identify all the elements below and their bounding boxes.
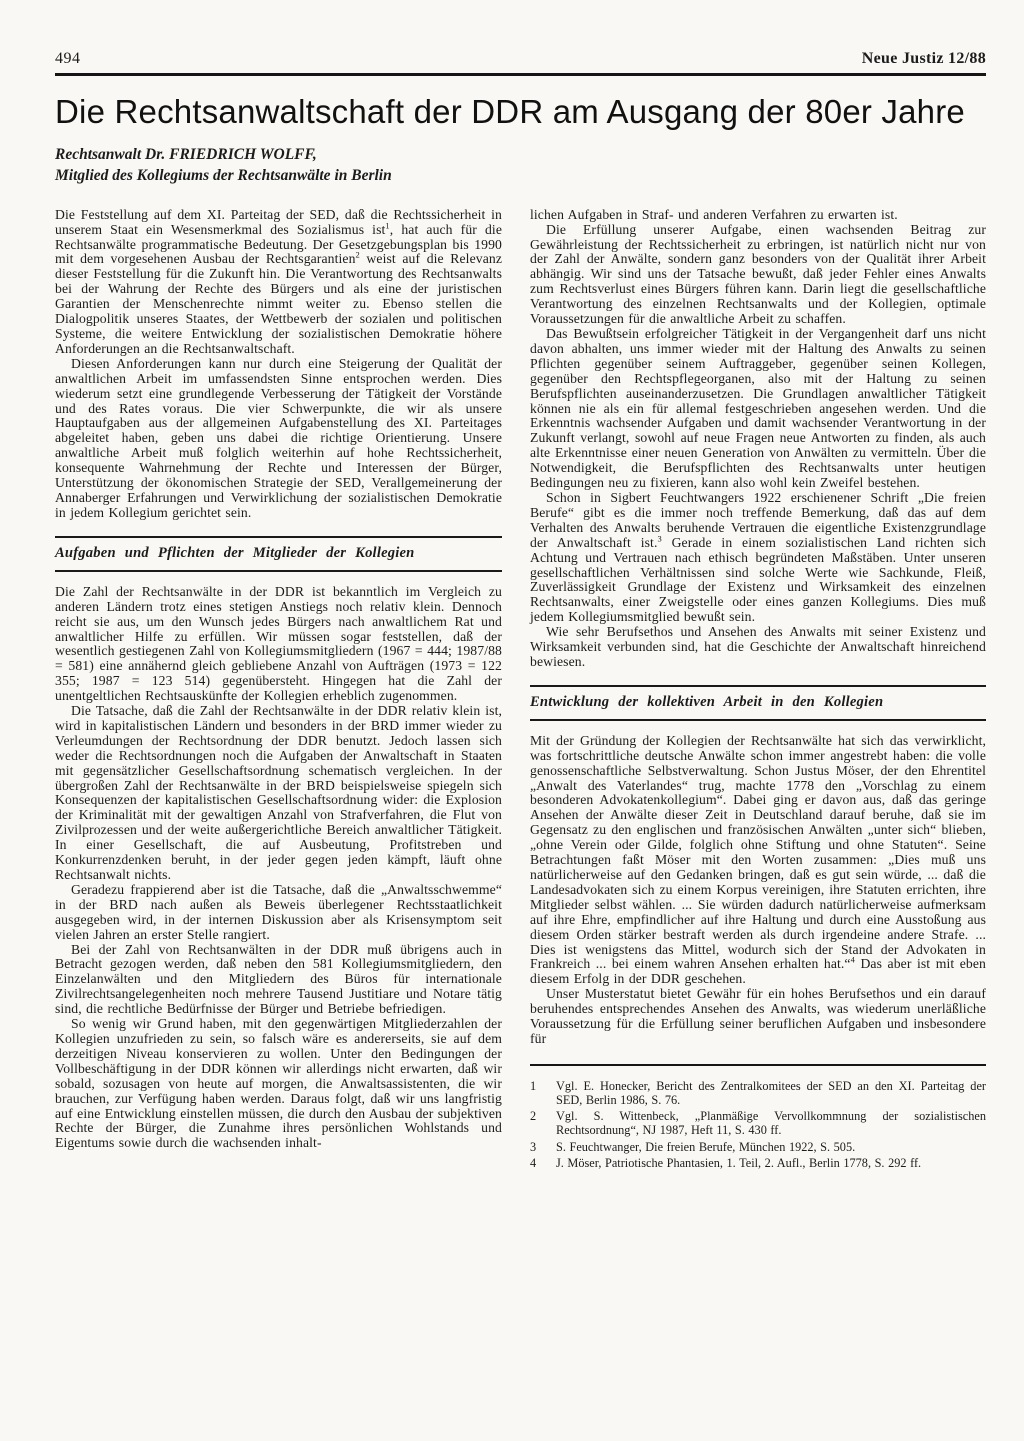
paragraph: Das Bewußtsein erfolgreicher Tätigkeit i… — [530, 327, 986, 491]
paragraph: Geradezu frappierend aber ist die Tatsac… — [55, 883, 502, 943]
footnote-marker: 4 — [851, 955, 855, 965]
footnote-number: 1 — [530, 1079, 556, 1107]
paragraph: lichen Aufgaben in Straf- und anderen Ve… — [530, 208, 986, 223]
footnote-text: Vgl. S. Wittenbeck, „Planmäßige Vervollk… — [556, 1109, 986, 1137]
footnotes: 1Vgl. E. Honecker, Bericht des Zentralko… — [530, 1079, 986, 1170]
footnote-number: 2 — [530, 1109, 556, 1137]
paragraph: Diesen Anforderungen kann nur durch eine… — [55, 357, 502, 521]
journal-title: Neue Justiz 12/88 — [862, 50, 986, 68]
footnote-marker: 3 — [657, 533, 661, 543]
page-header: 494 Neue Justiz 12/88 — [55, 50, 986, 76]
page-number: 494 — [55, 50, 81, 68]
paragraph: Mit der Gründung der Kollegien der Recht… — [530, 734, 986, 987]
footnote-text: S. Feuchtwanger, Die freien Berufe, Münc… — [556, 1140, 986, 1154]
footnote-marker: 1 — [385, 220, 389, 230]
paragraph: So wenig wir Grund haben, mit den gegenw… — [55, 1017, 502, 1151]
paragraph: Bei der Zahl von Rechtsanwälten in der D… — [55, 943, 502, 1018]
paragraph: Wie sehr Berufsethos und Ansehen des Anw… — [530, 625, 986, 670]
footnote: 2Vgl. S. Wittenbeck, „Planmäßige Vervoll… — [530, 1109, 986, 1137]
footnote-number: 3 — [530, 1140, 556, 1154]
scanned-journal-page: 494 Neue Justiz 12/88 Die Rechtsanwaltsc… — [0, 0, 1024, 1441]
paragraph: Schon in Sigbert Feuchtwangers 1922 ersc… — [530, 491, 986, 625]
footnote: 4J. Möser, Patriotische Phantasien, 1. T… — [530, 1156, 986, 1170]
footnote: 3S. Feuchtwanger, Die freien Berufe, Mün… — [530, 1140, 986, 1154]
author-affiliation: Mitglied des Kollegiums der Rechtsanwält… — [55, 165, 986, 186]
section-heading: Entwicklung der kollektiven Arbeit in de… — [530, 685, 986, 721]
footnote: 1Vgl. E. Honecker, Bericht des Zentralko… — [530, 1079, 986, 1107]
footnote-text: Vgl. E. Honecker, Bericht des Zentralkom… — [556, 1079, 986, 1107]
paragraph: Unser Musterstatut bietet Gewähr für ein… — [530, 987, 986, 1047]
footnote-separator-rule — [530, 1064, 986, 1066]
footnote-number: 4 — [530, 1156, 556, 1170]
paragraph: Die Tatsache, daß die Zahl der Rechtsanw… — [55, 704, 502, 883]
paragraph: Die Erfüllung unserer Aufgabe, einen wac… — [530, 223, 986, 327]
right-column: lichen Aufgaben in Straf- und anderen Ve… — [530, 208, 986, 1170]
paragraph: Die Feststellung auf dem XI. Parteitag d… — [55, 208, 502, 357]
author-name: Rechtsanwalt Dr. FRIEDRICH WOLFF, — [55, 144, 986, 165]
article-title: Die Rechtsanwaltschaft der DDR am Ausgan… — [55, 93, 986, 131]
two-column-body: Die Feststellung auf dem XI. Parteitag d… — [55, 208, 986, 1170]
section-heading: Aufgaben und Pflichten der Mitglieder de… — [55, 536, 502, 572]
author-block: Rechtsanwalt Dr. FRIEDRICH WOLFF, Mitgli… — [55, 144, 986, 187]
left-column: Die Feststellung auf dem XI. Parteitag d… — [55, 208, 502, 1170]
paragraph: Die Zahl der Rechtsanwälte in der DDR is… — [55, 585, 502, 704]
footnote-text: J. Möser, Patriotische Phantasien, 1. Te… — [556, 1156, 986, 1170]
footnote-marker: 2 — [356, 250, 360, 260]
